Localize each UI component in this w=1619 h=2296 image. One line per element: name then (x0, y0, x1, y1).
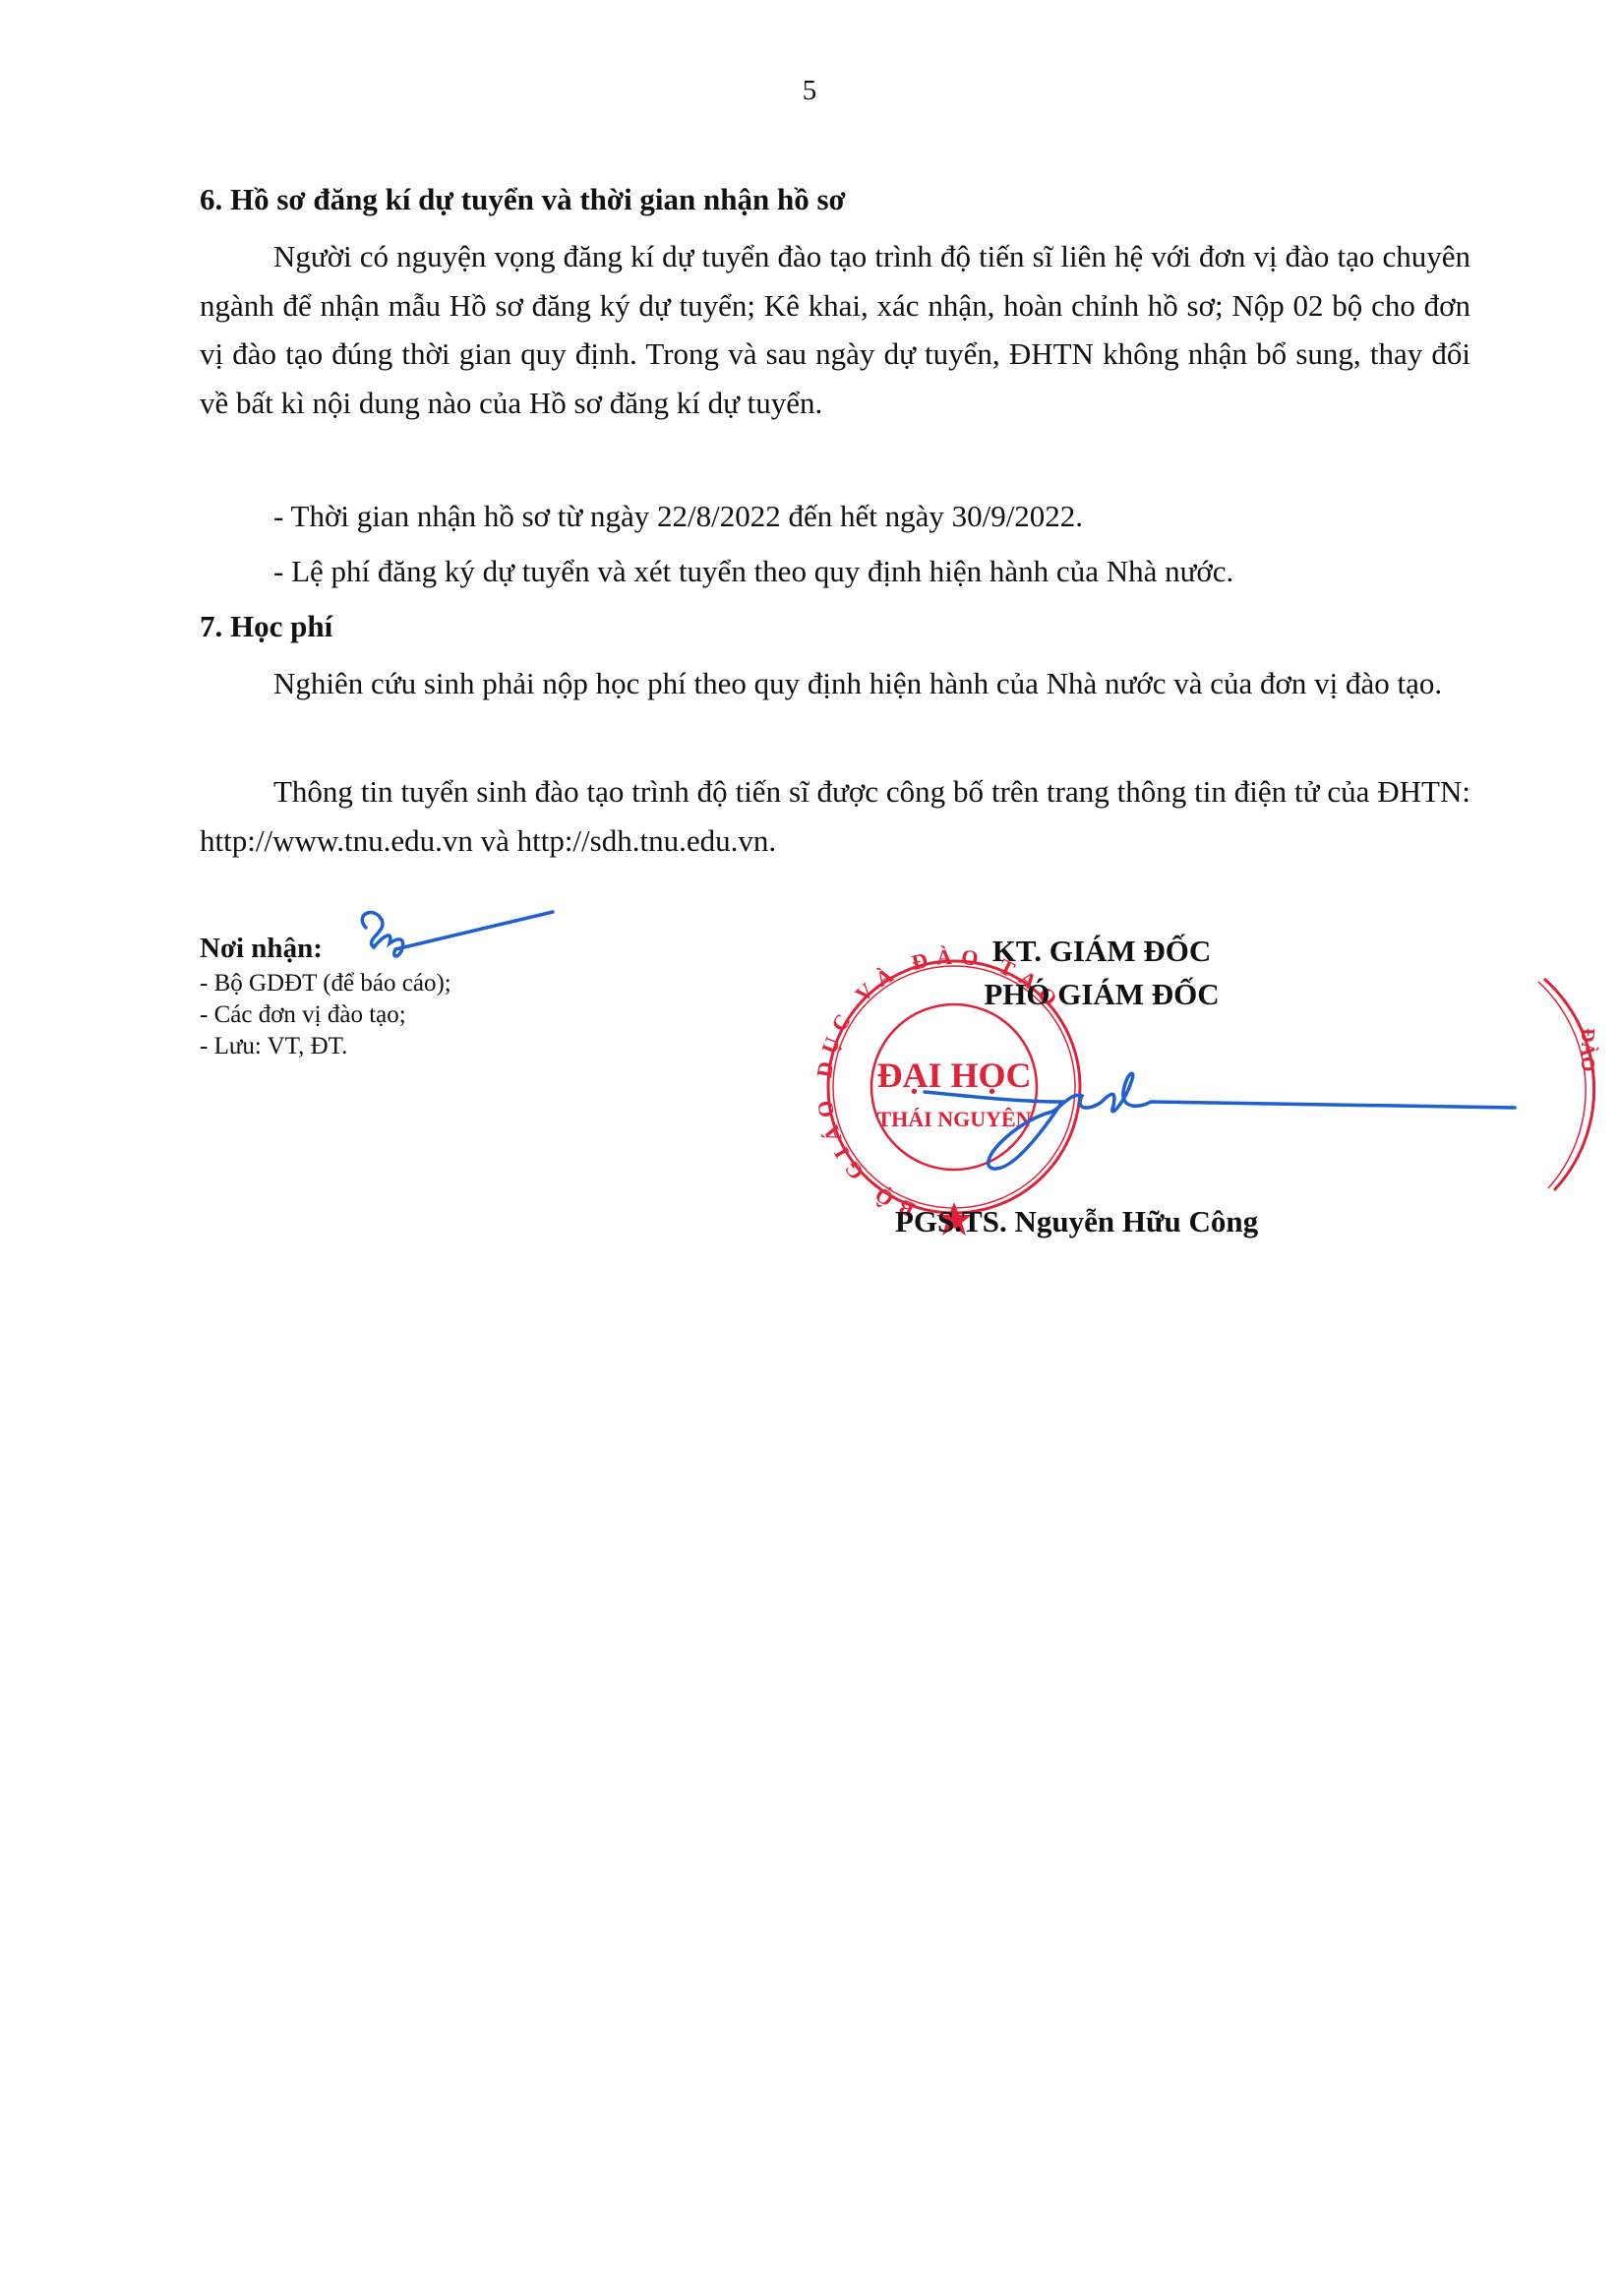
svg-text:ĐÀO: ĐÀO (1577, 1028, 1599, 1071)
page-number: 5 (0, 75, 1619, 107)
recipient-item: - Các đơn vị đào tạo; (200, 999, 451, 1031)
section-6-paragraph: Người có nguyện vọng đăng kí dự tuyển đà… (200, 232, 1470, 427)
signer-name: PGS.TS. Nguyễn Hữu Công (895, 1204, 1258, 1239)
section-6-bullet-fee: - Lệ phí đăng ký dự tuyển và xét tuyển t… (200, 547, 1470, 596)
director-signature-icon (905, 1062, 1534, 1180)
section-6-bullet-deadline: - Thời gian nhận hồ sơ từ ngày 22/8/2022… (200, 492, 1470, 541)
signature-line-2: PHÓ GIÁM ĐỐC (856, 973, 1348, 1016)
section-6-heading: 6. Hồ sơ đăng kí dự tuyển và thời gian n… (200, 175, 1470, 224)
initial-signature-icon (344, 900, 561, 969)
signature-line-1: KT. GIÁM ĐỐC (856, 930, 1348, 973)
section-7-heading: 7. Học phí (200, 602, 1470, 651)
section-7-info: Thông tin tuyển sinh đào tạo trình độ ti… (200, 767, 1470, 865)
recipient-item: - Bộ GDĐT (để báo cáo); (200, 968, 451, 999)
section-7-paragraph: Nghiên cứu sinh phải nộp học phí theo qu… (200, 659, 1470, 708)
recipient-item: - Lưu: VT, ĐT. (200, 1031, 451, 1062)
signature-title-block: KT. GIÁM ĐỐC PHÓ GIÁM ĐỐC (856, 930, 1348, 1016)
